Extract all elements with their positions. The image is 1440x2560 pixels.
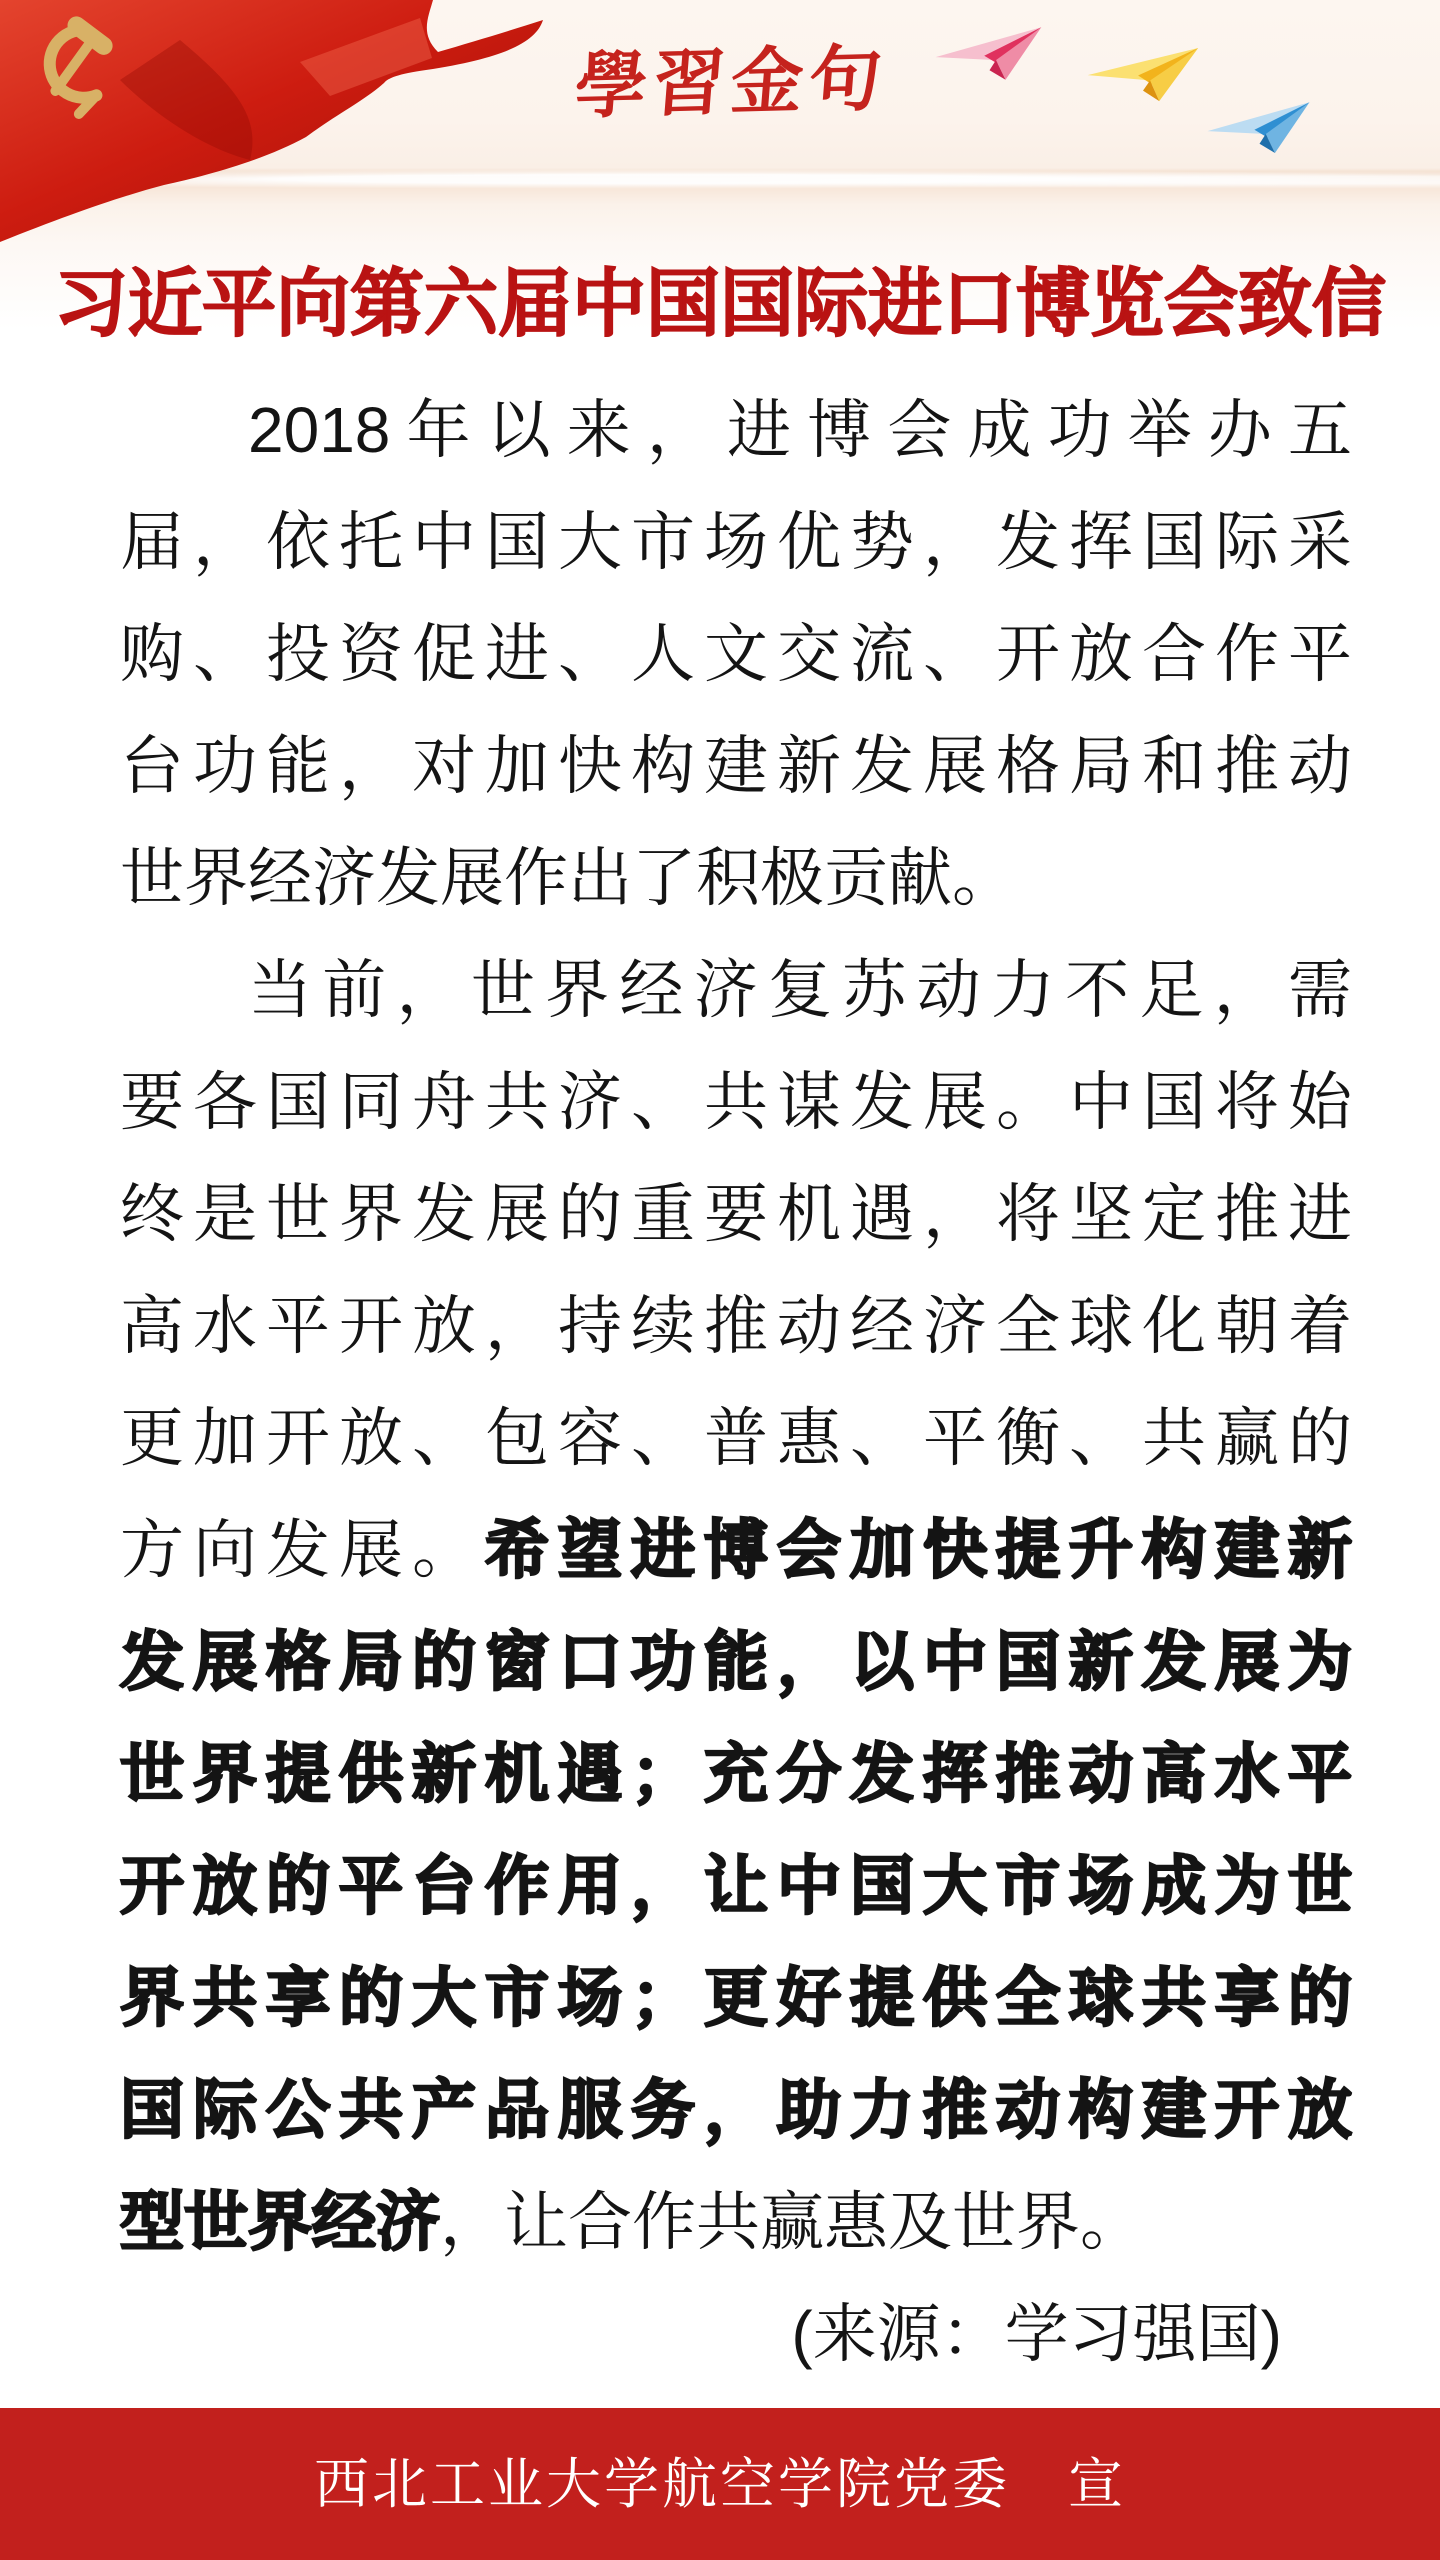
article-line: 届，依托中国大市场优势，发挥国际采 [120, 486, 1352, 598]
article-line: 方向发展。希望进博会加快提升构建新 [120, 1494, 1352, 1606]
article-line: 型世界经济，让合作共赢惠及世界。 [120, 2166, 1352, 2278]
article-line: 发展格局的窗口功能，以中国新发展为 [120, 1606, 1352, 1718]
text-segment: 世界经济发展作出了积极贡献。 [120, 842, 1016, 914]
text-segment: 台功能，对加快构建新发展格局和推动 [120, 730, 1352, 802]
article-line: 世界经济发展作出了积极贡献。 [120, 822, 1352, 934]
bold-text-segment: 型世界经济 [120, 2186, 440, 2258]
bold-text-segment: 世界提供新机遇；充分发挥推动高水平 [120, 1738, 1352, 1810]
text-segment: ，让合作共赢惠及世界。 [440, 2186, 1144, 2258]
paper-plane-pink-icon [931, 22, 1048, 91]
text-segment: 要各国同舟共济、共谋发展。中国将始 [120, 1066, 1352, 1138]
article-title: 习近平向第六届中国国际进口博览会致信 [0, 250, 1440, 360]
paper-plane-yellow-icon [1082, 44, 1206, 110]
bold-text-segment: 国际公共产品服务，助力推动构建开放 [120, 2074, 1352, 2146]
text-segment: 终是世界发展的重要机遇，将坚定推进 [120, 1178, 1352, 1250]
bold-text-segment: 发展格局的窗口功能，以中国新发展为 [120, 1626, 1352, 1698]
article-line: 高水平开放，持续推动经济全球化朝着 [120, 1270, 1352, 1382]
article-line: 终是世界发展的重要机遇，将坚定推进 [120, 1158, 1352, 1270]
poster: 學習金句 习近平向第六届中国国际进口博览会致信 2018年以来，进博会成功举办五… [0, 0, 1440, 2560]
text-segment: 高水平开放，持续推动经济全球化朝着 [120, 1290, 1352, 1362]
bold-text-segment: 希望进博会加快提升构建新 [485, 1514, 1352, 1586]
article-body: 2018年以来，进博会成功举办五届，依托中国大市场优势，发挥国际采购、投资促进、… [120, 374, 1352, 2390]
footer-bar: 西北工业大学航空学院党委 宣 [0, 2408, 1440, 2560]
article-line: 台功能，对加快构建新发展格局和推动 [120, 710, 1352, 822]
article-line: 2018年以来，进博会成功举办五 [120, 374, 1352, 486]
bold-text-segment: 界共享的大市场；更好提供全球共享的 [120, 1962, 1352, 2034]
footer-publisher: 西北工业大学航空学院党委 宣 [0, 2408, 1440, 2560]
article-line: 购、投资促进、人文交流、开放合作平 [120, 598, 1352, 710]
article-line: 世界提供新机遇；充分发挥推动高水平 [120, 1718, 1352, 1830]
party-flag [0, 0, 560, 250]
text-segment: 方向发展。 [120, 1514, 485, 1586]
masthead-calligraphy: 學習金句 [572, 34, 909, 133]
text-segment: 更加开放、包容、普惠、平衡、共赢的 [120, 1402, 1352, 1474]
text-segment: 当前，世界经济复苏动力不足，需 [248, 954, 1352, 1026]
article-line: 国际公共产品服务，助力推动构建开放 [120, 2054, 1352, 2166]
source-attribution: (来源：学习强国) [120, 2278, 1352, 2390]
text-segment: 届，依托中国大市场优势，发挥国际采 [120, 506, 1352, 578]
article-line: 界共享的大市场；更好提供全球共享的 [120, 1942, 1352, 2054]
article-line: 当前，世界经济复苏动力不足，需 [120, 934, 1352, 1046]
article-line: 更加开放、包容、普惠、平衡、共赢的 [120, 1382, 1352, 1494]
text-segment: 2018年以来，进博会成功举办五 [248, 394, 1352, 466]
text-segment: 购、投资促进、人文交流、开放合作平 [120, 618, 1352, 690]
article-line: 要各国同舟共济、共谋发展。中国将始 [120, 1046, 1352, 1158]
bold-text-segment: 开放的平台作用，让中国大市场成为世 [120, 1850, 1352, 1922]
article-line: 开放的平台作用，让中国大市场成为世 [120, 1830, 1352, 1942]
